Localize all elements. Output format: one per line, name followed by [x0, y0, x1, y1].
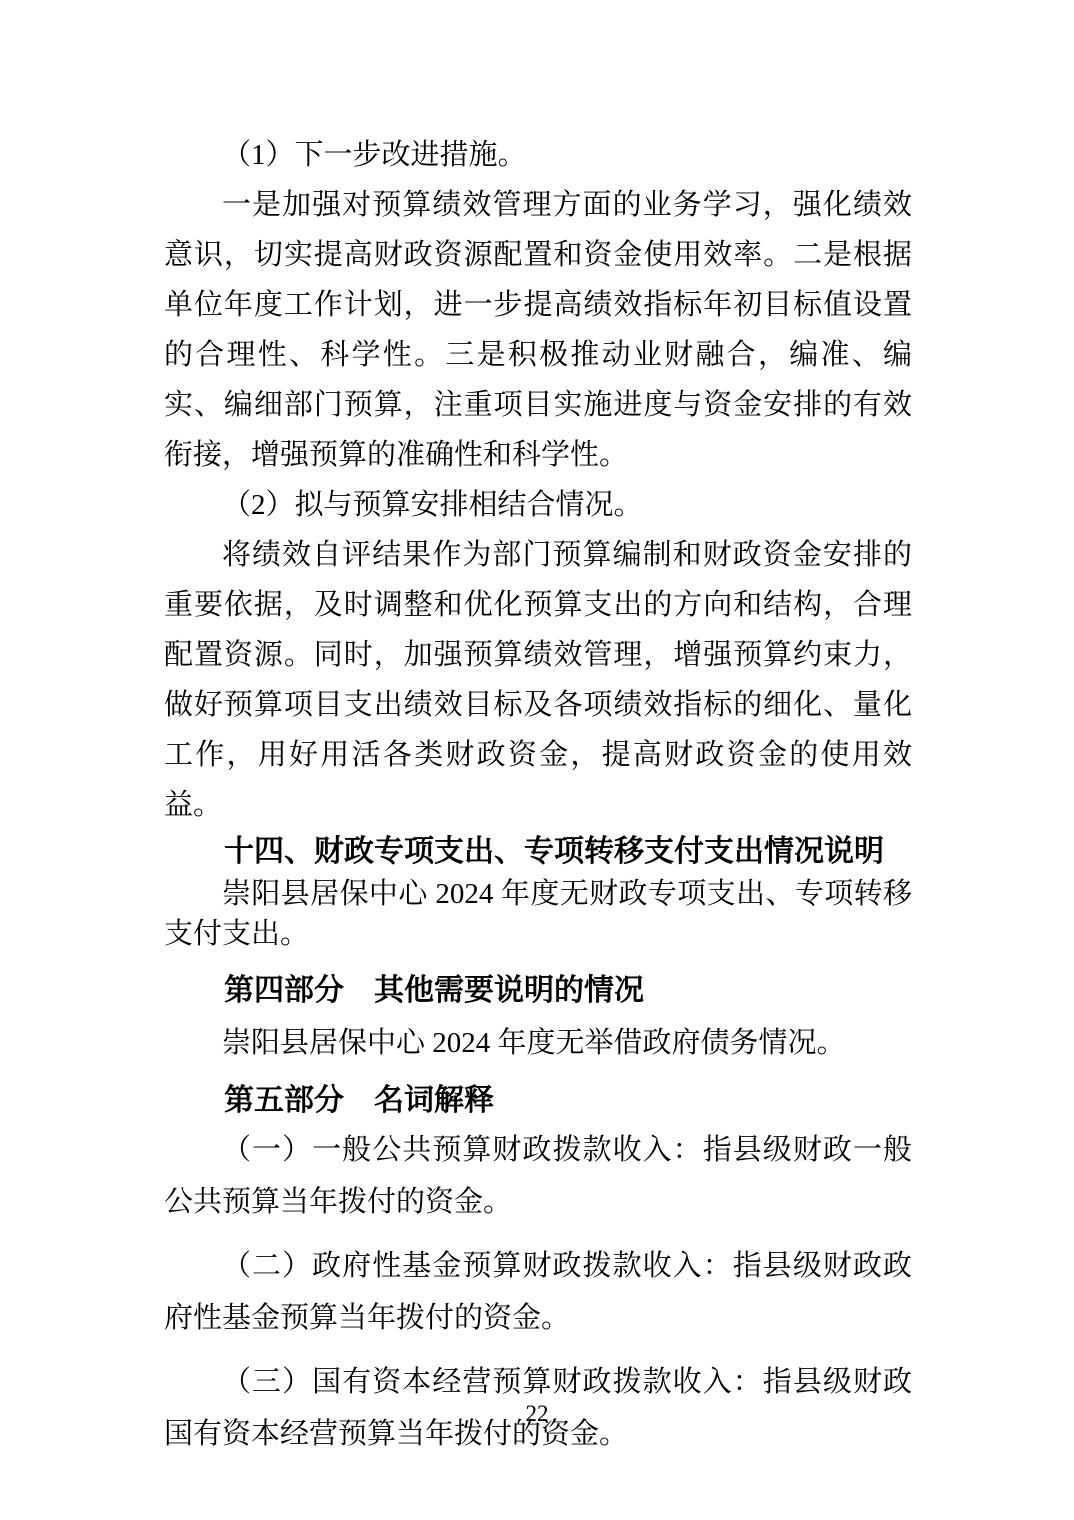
paragraph-next-step-title: （1）下一步改进措施。	[164, 130, 912, 180]
paragraph-term-1: （一）一般公共预算财政拨款收入：指县级财政一般公共预算当年拨付的资金。	[164, 1124, 912, 1228]
section-heading-part5: 第五部分 名词解释	[164, 1078, 912, 1124]
document-body: （1）下一步改进措施。 一是加强对预算绩效管理方面的业务学习，强化绩效意识，切实…	[164, 130, 912, 1460]
paragraph-improvement-measures: 一是加强对预算绩效管理方面的业务学习，强化绩效意识，切实提高财政资源配置和资金使…	[164, 180, 912, 480]
paragraph-special-expenditure: 崇阳县居保中心 2024 年度无财政专项支出、专项转移支付支出。	[164, 874, 912, 954]
document-page: （1）下一步改进措施。 一是加强对预算绩效管理方面的业务学习，强化绩效意识，切实…	[0, 0, 1074, 1520]
paragraph-term-2: （二）政府性基金预算财政拨款收入：指县级财政政府性基金预算当年拨付的资金。	[164, 1240, 912, 1344]
paragraph-government-debt: 崇阳县居保中心 2024 年度无举借政府债务情况。	[164, 1020, 912, 1066]
page-number: 22	[0, 1400, 1074, 1428]
section-heading-part4: 第四部分 其他需要说明的情况	[164, 968, 912, 1014]
section-heading-14: 十四、财政专项支出、专项转移支付支出情况说明	[164, 830, 912, 874]
paragraph-budget-combination-body: 将绩效自评结果作为部门预算编制和财政资金安排的重要依据，及时调整和优化预算支出的…	[164, 530, 912, 830]
paragraph-budget-combination-title: （2）拟与预算安排相结合情况。	[164, 480, 912, 530]
